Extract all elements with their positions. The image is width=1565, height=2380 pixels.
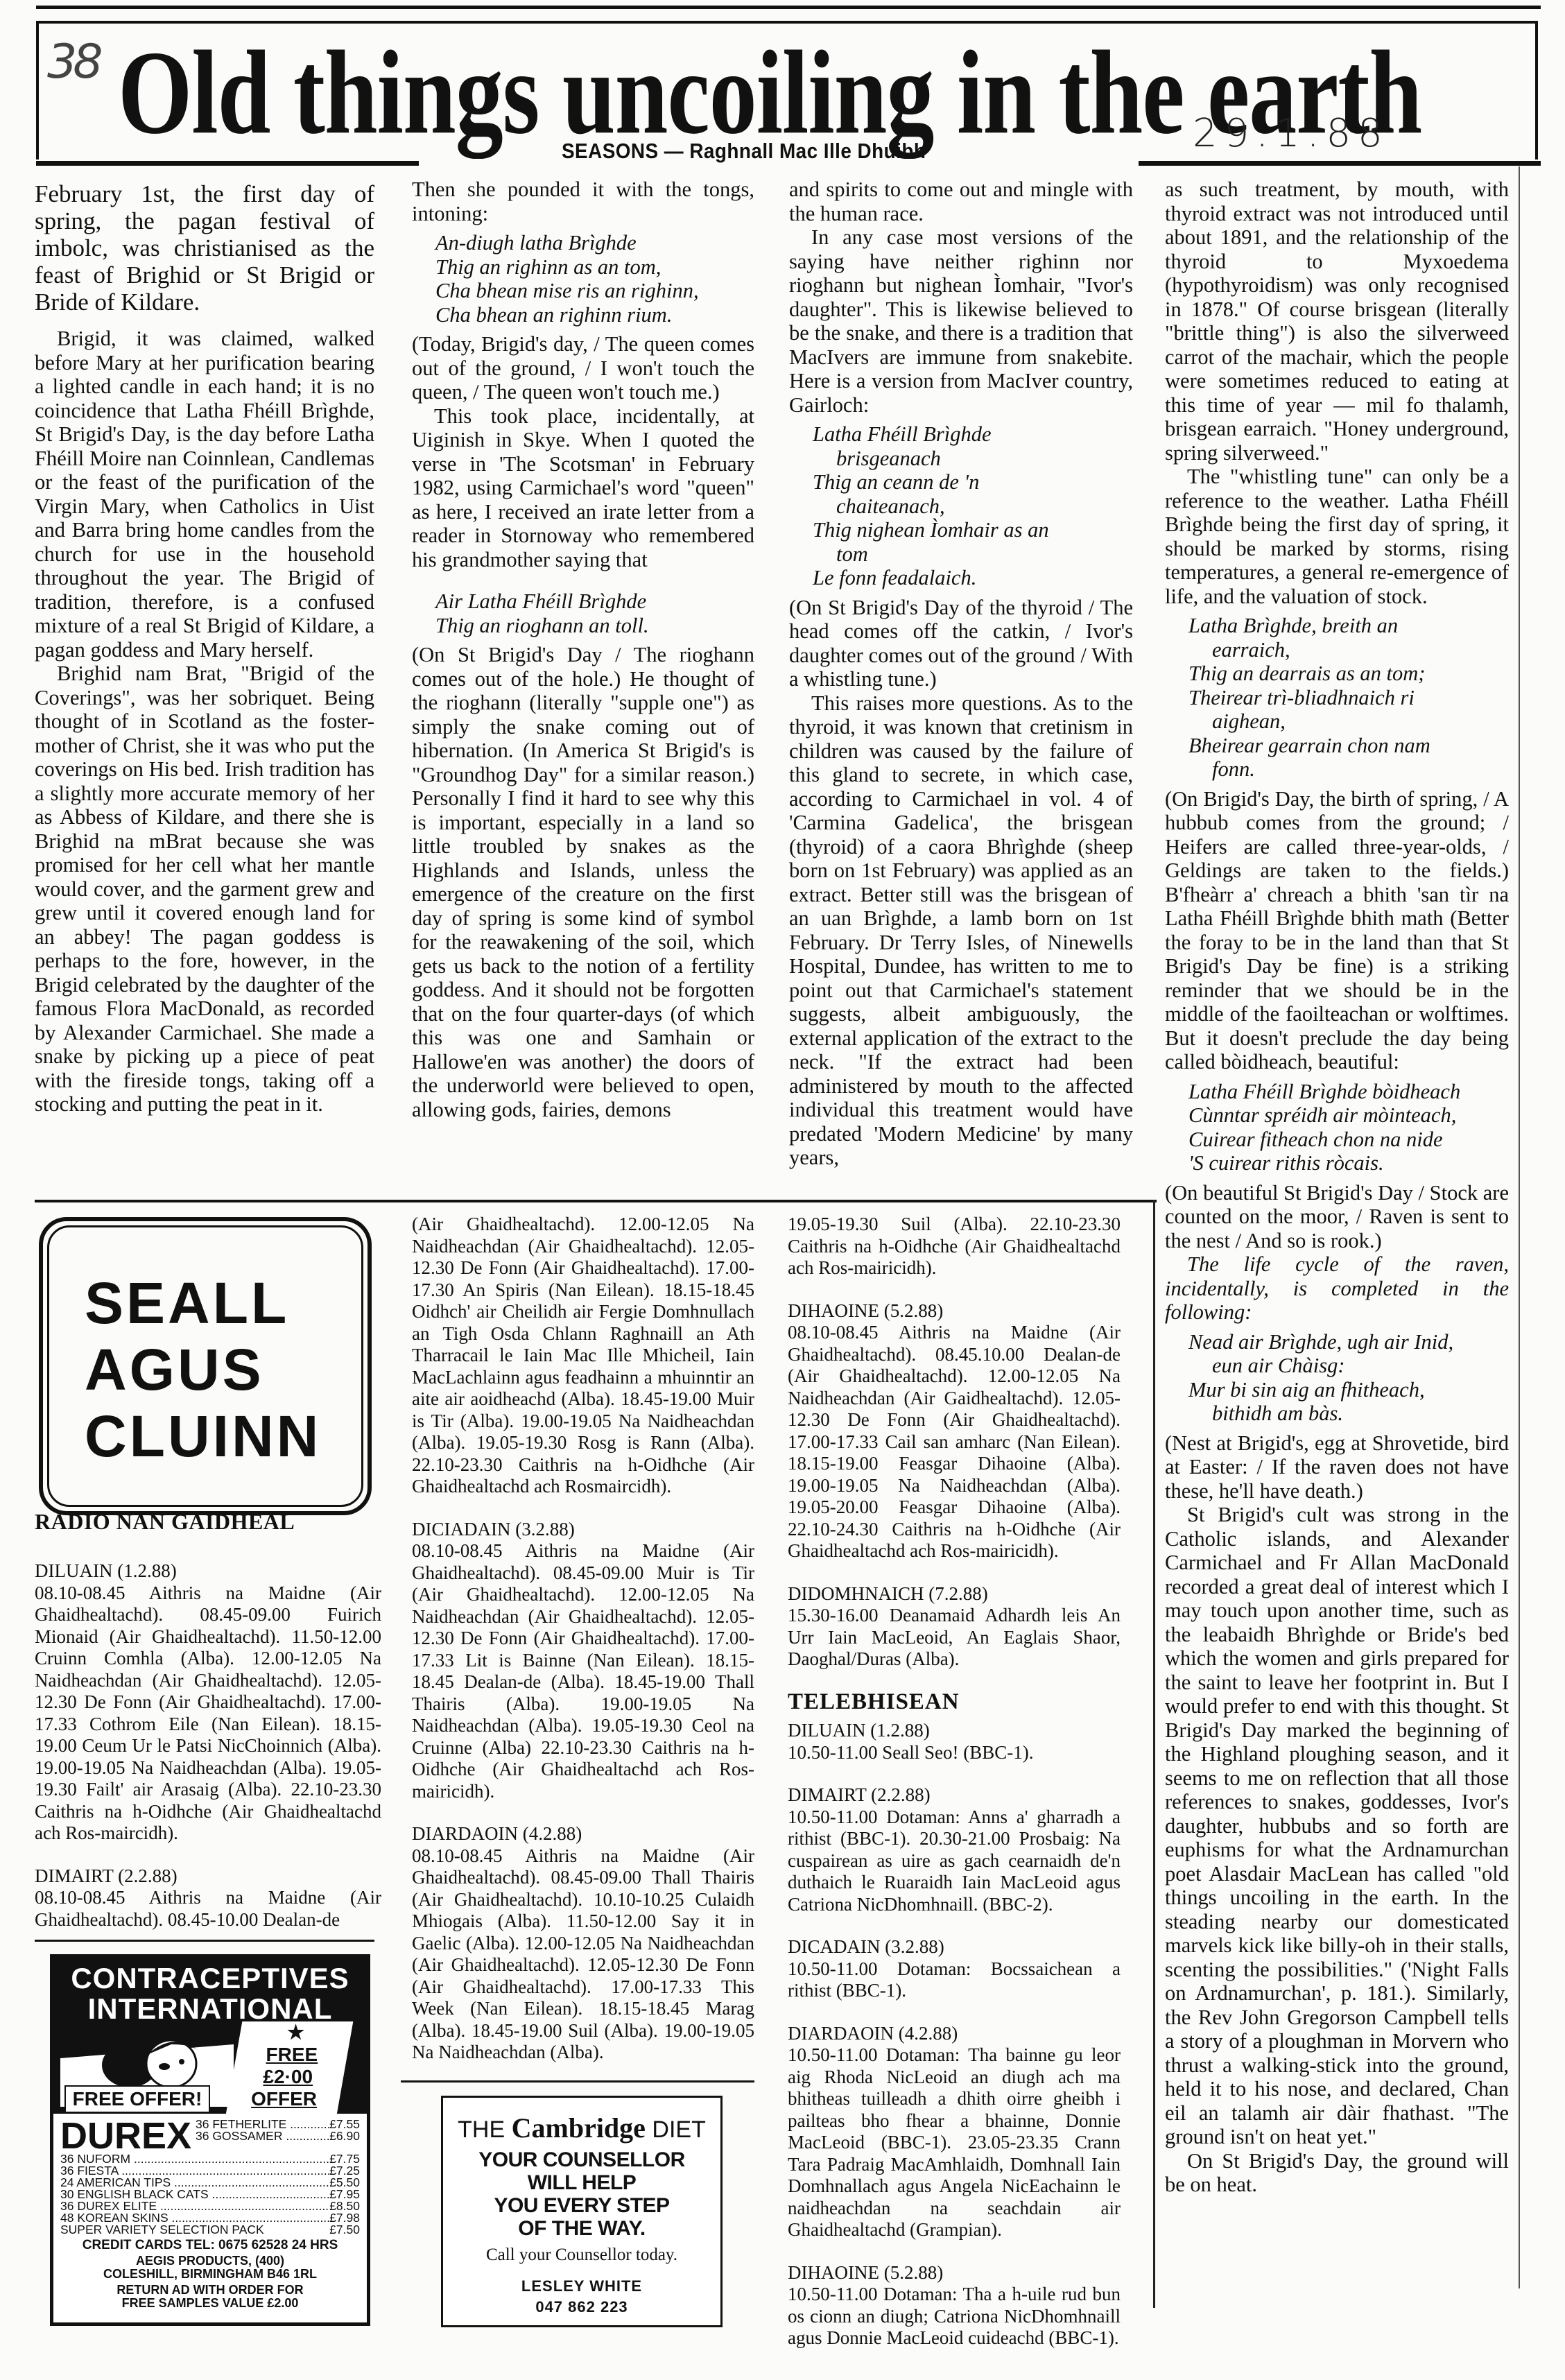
handwritten-page-number: 38 bbox=[47, 35, 99, 89]
price-item: 36 DUREX ELITE£8.50 bbox=[60, 2200, 360, 2212]
verse-line: An-diugh latha Brìghde bbox=[435, 231, 754, 255]
article-paragraph: (On Brigid's Day, the birth of spring, /… bbox=[1165, 787, 1509, 1074]
verse-line: Latha Brìghde, breith an bbox=[1188, 614, 1509, 638]
verse-line: Thig nighean Ìomhair as an bbox=[813, 518, 1133, 542]
ad-slogan: YOUR COUNSELLOR WILL HELP YOU EVERY STEP… bbox=[443, 2148, 720, 2240]
schedule-text: 08.10-08.45 Aithris na Maidne (Air Ghaid… bbox=[412, 1845, 754, 2064]
return-line: FREE SAMPLES VALUE £2.00 bbox=[60, 2297, 360, 2310]
schedule-day: DICADAIN (3.2.88) bbox=[788, 1936, 1121, 1958]
verse-line: eun air Chàisg: bbox=[1188, 1354, 1509, 1378]
article-lead: February 1st, the first day of spring, t… bbox=[35, 180, 374, 316]
schedule-text: 08.10-08.45 Aithris na Maidne (Air Ghaid… bbox=[788, 1322, 1121, 1562]
page-edge-rule bbox=[1519, 166, 1520, 2288]
verse-line: Air Latha Fhéill Brìghde bbox=[435, 589, 754, 614]
article-paragraph: (On beautiful St Brigid's Day / Stock ar… bbox=[1165, 1181, 1509, 1253]
verse-line: Cuirear fitheach chon na nide bbox=[1188, 1128, 1509, 1152]
article-paragraph: (Today, Brigid's day, / The queen comes … bbox=[412, 332, 754, 404]
byline: SEASONS — Raghnall Mac Ille Dhuibh bbox=[562, 139, 926, 164]
verse-line: Thig an rioghann an toll. bbox=[435, 614, 754, 638]
verse-line: Cha bhean mise ris an righinn, bbox=[435, 279, 754, 303]
article-paragraph: (On St Brigid's Day / The rioghann comes… bbox=[412, 643, 754, 1121]
article-paragraph: as such treatment, by mouth, with thyroi… bbox=[1165, 178, 1509, 465]
article-paragraph: In any case most versions of the saying … bbox=[789, 225, 1133, 417]
schedule-day: DIHAOINE (5.2.88) bbox=[788, 1300, 1121, 1322]
verse-line: 'S cuirear rithis ròcais. bbox=[1188, 1151, 1509, 1175]
schedule-text: 15.30-16.00 Deanamaid Adhardh leis An Ur… bbox=[788, 1605, 1121, 1671]
price-list: DUREX 36 FETHERLITE£7.55 36 GOSSAMER£6.9… bbox=[60, 2119, 360, 2310]
gaelic-verse: Latha Brìghde, breith an earraich, Thig … bbox=[1165, 614, 1509, 782]
verse-line: fonn. bbox=[1188, 757, 1509, 782]
cambridge-diet-ad: THE Cambridge DIET YOUR COUNSELLOR WILL … bbox=[441, 2096, 723, 2327]
price-item: 36 NUFORM£7.75 bbox=[60, 2153, 360, 2165]
gaelic-verse: Latha Fhéill Brìghde brisgeanach Thig an… bbox=[789, 422, 1133, 590]
schedule-day: DILUAIN (1.2.88) bbox=[788, 1720, 1121, 1742]
logo-line: CLUINN bbox=[85, 1403, 321, 1469]
verse-line: Latha Fhéill Brìghde bòidheach bbox=[1188, 1080, 1509, 1104]
price-item: 36 GOSSAMER£6.90 bbox=[196, 2130, 360, 2142]
article-paragraph: (Nest at Brigid's, egg at Shrovetide, bi… bbox=[1165, 1431, 1509, 1503]
article-paragraph: Brigid, it was claimed, walked before Ma… bbox=[35, 327, 374, 662]
column-rule bbox=[1153, 1200, 1155, 2308]
schedule-day: DICIADAIN (3.2.88) bbox=[412, 1519, 754, 1541]
article-column-4: as such treatment, by mouth, with thyroi… bbox=[1165, 178, 1509, 2197]
schedule-text: 10.50-11.00 Dotaman: Bocssaichean a rith… bbox=[788, 1958, 1121, 2002]
verse-line: Theirear trì-bliadhnaich ri bbox=[1188, 686, 1509, 710]
verse-line: Bheirear gearrain chon nam bbox=[1188, 734, 1509, 758]
credit-card-line: CREDIT CARDS TEL: 0675 62528 24 HRS bbox=[60, 2239, 360, 2252]
verse-line: Latha Fhéill Brìghde bbox=[813, 422, 1133, 447]
verse-line: tom bbox=[813, 542, 1133, 567]
schedule-text: 10.50-11.00 Dotaman: Tha a h-uile rud bu… bbox=[788, 2284, 1121, 2349]
section-rule bbox=[35, 1200, 1157, 1202]
headline-box-rule-left bbox=[36, 161, 419, 166]
radio-tv-listings-column-3: 19.05-19.30 Suil (Alba). 22.10-23.30 Cai… bbox=[788, 1214, 1121, 2349]
brand-name: DUREX bbox=[60, 2119, 191, 2153]
verse-line: Nead air Brìghde, ugh air Inid, bbox=[1188, 1330, 1509, 1354]
verse-line: bithidh am bàs. bbox=[1188, 1402, 1509, 1426]
verse-line: Cùnntar spréidh air mòinteach, bbox=[1188, 1103, 1509, 1128]
cambridge-diet-logo: THE Cambridge DIET bbox=[443, 2112, 720, 2144]
article-paragraph: and spirits to come out and mingle with … bbox=[789, 178, 1133, 225]
schedule-text: 08.10-08.45 Aithris na Maidne (Air Ghaid… bbox=[35, 1583, 381, 1845]
schedule-day: DIARDAOIN (4.2.88) bbox=[788, 2023, 1121, 2045]
radio-listings-column-2: (Air Ghaidhealtachd). 12.00-12.05 Na Nai… bbox=[412, 1214, 754, 2064]
radio-heading: RADIO NAN GAIDHEAL bbox=[35, 1509, 295, 1535]
schedule-day: DIMAIRT (2.2.88) bbox=[788, 1784, 1121, 1806]
schedule-text: (Air Ghaidhealtachd). 12.00-12.05 Na Nai… bbox=[412, 1214, 754, 1498]
schedule-day: DIARDAOIN (4.2.88) bbox=[412, 1823, 754, 1845]
article-column-1: February 1st, the first day of spring, t… bbox=[35, 180, 374, 1116]
price-item: SUPER VARIETY SELECTION PACK£7.50 bbox=[60, 2224, 360, 2236]
contraceptives-international-ad: CONTRACEPTIVES INTERNATIONAL ★ FREE £2·0… bbox=[50, 1954, 370, 2326]
top-rule bbox=[36, 6, 1541, 9]
return-line: RETURN AD WITH ORDER FOR bbox=[60, 2284, 360, 2297]
article-paragraph: (On St Brigid's Day of the thyroid / The… bbox=[789, 596, 1133, 691]
tv-heading: TELEBHISEAN bbox=[788, 1691, 1121, 1714]
gaelic-verse: Latha Fhéill Brìghde bòidheach Cùnntar s… bbox=[1165, 1080, 1509, 1175]
free-offer-badge: ★ FREE £2·00 OFFER bbox=[225, 2021, 354, 2119]
schedule-text: 10.50-11.00 Dotaman: Anns a' gharradh a … bbox=[788, 1806, 1121, 1916]
article-paragraph: This raises more questions. As to the th… bbox=[789, 691, 1133, 1170]
price-item: 30 ENGLISH BLACK CATS£7.95 bbox=[60, 2189, 360, 2200]
address-line: AEGIS PRODUCTS, (400) bbox=[60, 2254, 360, 2268]
verse-line: chaiteanach, bbox=[813, 494, 1133, 519]
price-item: 36 FIESTA£7.25 bbox=[60, 2165, 360, 2177]
ad-rule bbox=[35, 1940, 374, 1942]
schedule-day: DIDOMHNAICH (7.2.88) bbox=[788, 1583, 1121, 1605]
article-paragraph: The life cycle of the raven, incidentall… bbox=[1165, 1252, 1509, 1325]
logo-line: SEALL bbox=[85, 1270, 321, 1336]
gaelic-verse: An-diugh latha Brìghde Thig an righinn a… bbox=[412, 231, 754, 327]
article-paragraph: On St Brigid's Day, the ground will be o… bbox=[1165, 2149, 1509, 2197]
price-item: 24 AMERICAN TIPS£5.50 bbox=[60, 2177, 360, 2189]
ad-title-line: CONTRACEPTIVES bbox=[53, 1963, 367, 1994]
gaelic-verse: Air Latha Fhéill Brìghde Thig an rioghan… bbox=[412, 589, 754, 637]
article-paragraph: St Brigid's cult was strong in the Catho… bbox=[1165, 1503, 1509, 2149]
ad-title-line: INTERNATIONAL bbox=[53, 1994, 367, 2024]
schedule-text: 08.10-08.45 Aithris na Maidne (Air Ghaid… bbox=[412, 1540, 754, 1802]
article-paragraph: This took place, incidentally, at Uigini… bbox=[412, 404, 754, 572]
verse-line: Thig an righinn as an tom, bbox=[435, 255, 754, 279]
schedule-text: 19.05-19.30 Suil (Alba). 22.10-23.30 Cai… bbox=[788, 1214, 1121, 1279]
article-paragraph: Then she pounded it with the tongs, into… bbox=[412, 178, 754, 225]
article-column-3: and spirits to come out and mingle with … bbox=[789, 178, 1133, 1170]
schedule-day: DIHAOINE (5.2.88) bbox=[788, 2262, 1121, 2284]
article-paragraph: The "whistling tune" can only be a refer… bbox=[1165, 465, 1509, 608]
verse-line: Mur bi sin aig an fhitheach, bbox=[1188, 1378, 1509, 1402]
article-paragraph: Brighid nam Brat, "Brigid of the Coverin… bbox=[35, 662, 374, 1116]
verse-line: brisgeanach bbox=[813, 447, 1133, 471]
address-line: COLESHILL, BIRMINGHAM B46 1RL bbox=[60, 2268, 360, 2281]
verse-line: Cha bhean an righinn rium. bbox=[435, 303, 754, 327]
schedule-text: 10.50-11.00 Dotaman: Tha bainne gu leor … bbox=[788, 2044, 1121, 2241]
schedule-text: 10.50-11.00 Seall Seo! (BBC-1). bbox=[788, 1742, 1121, 1764]
ad-call-to-action: Call your Counsellor today. bbox=[443, 2245, 720, 2265]
radio-listings-column-1: DILUAIN (1.2.88) 08.10-08.45 Aithris na … bbox=[35, 1560, 381, 1931]
ad-rule bbox=[401, 2080, 754, 2082]
article-column-2: Then she pounded it with the tongs, into… bbox=[412, 178, 754, 1121]
verse-line: earraich, bbox=[1188, 638, 1509, 662]
schedule-text: 08.10-08.45 Aithris na Maidne (Air Ghaid… bbox=[35, 1887, 381, 1931]
gaelic-verse: Nead air Brìghde, ugh air Inid, eun air … bbox=[1165, 1330, 1509, 1426]
verse-line: Le fonn feadalaich. bbox=[813, 566, 1133, 590]
verse-line: aighean, bbox=[1188, 709, 1509, 734]
headline-box-rule-right bbox=[1139, 161, 1541, 166]
schedule-day: DILUAIN (1.2.88) bbox=[35, 1560, 381, 1583]
free-offer-label: FREE OFFER! bbox=[64, 2085, 210, 2113]
counsellor-contact: LESLEY WHITE 047 862 223 bbox=[443, 2276, 720, 2318]
schedule-day: DIMAIRT (2.2.88) bbox=[35, 1865, 381, 1888]
logo-line: AGUS bbox=[85, 1336, 321, 1403]
verse-line: Thig an ceann de 'n bbox=[813, 470, 1133, 494]
seall-agus-cluinn-logo: SEALL AGUS CLUINN bbox=[39, 1217, 372, 1515]
handwritten-date: 29.1.88 bbox=[1193, 111, 1390, 156]
verse-line: Thig an dearrais as an tom; bbox=[1188, 662, 1509, 686]
